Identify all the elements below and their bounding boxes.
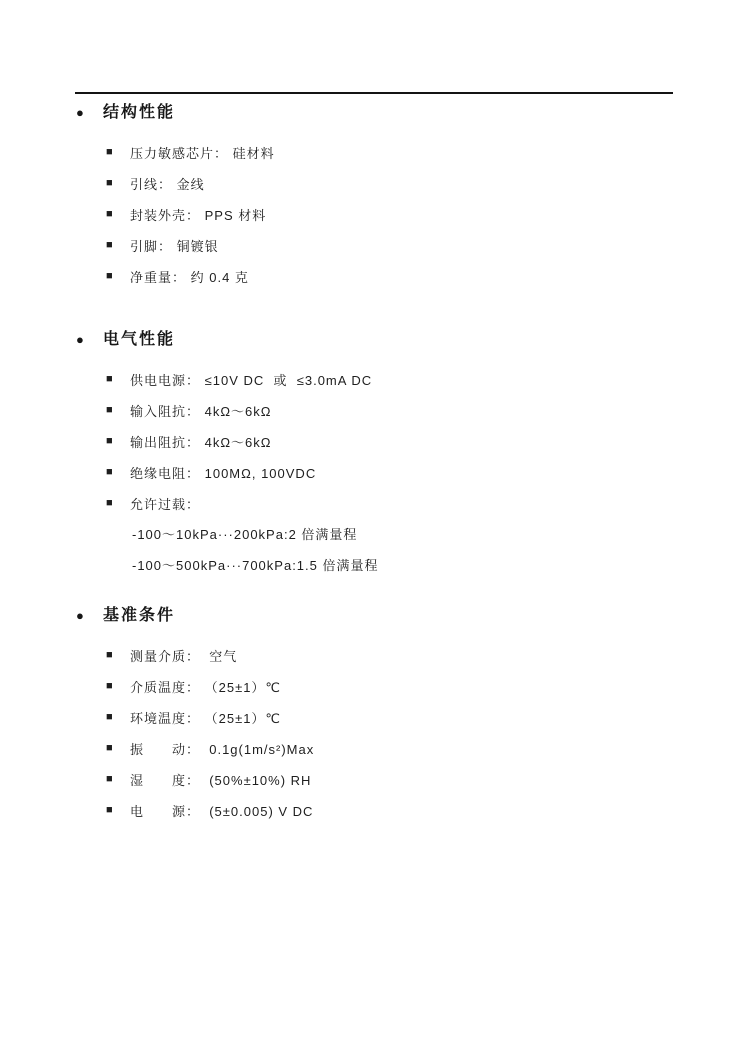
spec-item: ■ 引脚： 铜镀银 bbox=[0, 230, 720, 261]
square-bullet-icon: ■ bbox=[106, 488, 130, 519]
spec-item: ■ 输出阻抗： 4kΩ～6kΩ bbox=[0, 426, 720, 457]
square-bullet-icon: ■ bbox=[106, 640, 130, 671]
spec-item: ■ 供电电源： ≤10V DC 或 ≤3.0mA DC bbox=[0, 364, 720, 395]
spec-item-list: ■ 压力敏感芯片： 硅材料 ■ 引线： 金线 ■ 封装外壳： PPS 材料 ■ … bbox=[0, 137, 720, 292]
spec-item: ■ 电 源： (5±0.005) V DC bbox=[0, 795, 720, 826]
section-heading: ● 电气性能 bbox=[0, 328, 720, 351]
spec-item: ■ 测量介质： 空气 bbox=[0, 640, 720, 671]
overload-spec-line: -100～500kPa···700kPa:1.5 倍满量程 bbox=[0, 550, 720, 581]
overload-spec-line: -100～10kPa···200kPa:2 倍满量程 bbox=[0, 519, 720, 550]
square-bullet-icon: ■ bbox=[106, 733, 130, 764]
spec-item: ■ 绝缘电阻： 100MΩ, 100VDC bbox=[0, 457, 720, 488]
spec-item-text: 电 源： (5±0.005) V DC bbox=[130, 801, 313, 820]
spec-item-text: 引线： 金线 bbox=[130, 174, 205, 193]
spec-item-text: 环境温度： （25±1）℃ bbox=[130, 708, 281, 727]
spec-item-list: ■ 测量介质： 空气 ■ 介质温度： （25±1）℃ ■ 环境温度： （25±1… bbox=[0, 640, 720, 826]
square-bullet-icon: ■ bbox=[106, 671, 130, 702]
square-bullet-icon: ■ bbox=[106, 764, 130, 795]
circle-bullet-icon: ● bbox=[76, 328, 103, 351]
square-bullet-icon: ■ bbox=[106, 230, 130, 261]
section-reference-conditions: ● 基准条件 ■ 测量介质： 空气 ■ 介质温度： （25±1）℃ ■ 环境温度… bbox=[0, 604, 720, 826]
spec-item-text: 输入阻抗： 4kΩ～6kΩ bbox=[130, 401, 272, 420]
spec-item-text: 绝缘电阻： 100MΩ, 100VDC bbox=[130, 463, 316, 482]
square-bullet-icon: ■ bbox=[106, 364, 130, 395]
spec-item-text: 湿 度： (50%±10%) RH bbox=[130, 770, 311, 789]
spec-item: ■ 介质温度： （25±1）℃ bbox=[0, 671, 720, 702]
spec-item-list: ■ 供电电源： ≤10V DC 或 ≤3.0mA DC ■ 输入阻抗： 4kΩ～… bbox=[0, 364, 720, 581]
square-bullet-icon: ■ bbox=[106, 795, 130, 826]
spec-item-text: 允许过载： bbox=[130, 494, 200, 513]
square-bullet-icon: ■ bbox=[106, 168, 130, 199]
square-bullet-icon: ■ bbox=[106, 702, 130, 733]
spec-item-text: 介质温度： （25±1）℃ bbox=[130, 677, 281, 696]
section-heading: ● 基准条件 bbox=[0, 604, 720, 627]
spec-item-text: 供电电源： ≤10V DC 或 ≤3.0mA DC bbox=[130, 370, 372, 389]
spec-item-text: 引脚： 铜镀银 bbox=[130, 236, 219, 255]
spec-item-text: 压力敏感芯片： 硅材料 bbox=[130, 143, 275, 162]
spec-item: ■ 湿 度： (50%±10%) RH bbox=[0, 764, 720, 795]
square-bullet-icon: ■ bbox=[106, 457, 130, 488]
spec-item: ■ 输入阻抗： 4kΩ～6kΩ bbox=[0, 395, 720, 426]
square-bullet-icon: ■ bbox=[106, 261, 130, 292]
section-heading: ● 结构性能 bbox=[0, 101, 720, 124]
square-bullet-icon: ■ bbox=[106, 426, 130, 457]
spec-item-text: 净重量： 约 0.4 克 bbox=[130, 267, 249, 286]
spec-item: ■ 环境温度： （25±1）℃ bbox=[0, 702, 720, 733]
spec-item: ■ 压力敏感芯片： 硅材料 bbox=[0, 137, 720, 168]
datasheet-page: ● 结构性能 ■ 压力敏感芯片： 硅材料 ■ 引线： 金线 ■ 封装外壳： PP… bbox=[0, 0, 750, 1061]
spec-item-text: 封装外壳： PPS 材料 bbox=[130, 205, 266, 224]
section-title: 结构性能 bbox=[103, 101, 175, 124]
spec-item-text: 振 动： 0.1g(1m/s²)Max bbox=[130, 739, 314, 758]
spec-item-text: 测量介质： 空气 bbox=[130, 646, 237, 665]
section-electrical-performance: ● 电气性能 ■ 供电电源： ≤10V DC 或 ≤3.0mA DC ■ 输入阻… bbox=[0, 328, 720, 581]
spec-item: ■ 振 动： 0.1g(1m/s²)Max bbox=[0, 733, 720, 764]
spec-item: ■ 封装外壳： PPS 材料 bbox=[0, 199, 720, 230]
spec-item: ■ 允许过载： bbox=[0, 488, 720, 519]
spec-item: ■ 净重量： 约 0.4 克 bbox=[0, 261, 720, 292]
square-bullet-icon: ■ bbox=[106, 137, 130, 168]
spec-item-text: 输出阻抗： 4kΩ～6kΩ bbox=[130, 432, 272, 451]
square-bullet-icon: ■ bbox=[106, 395, 130, 426]
square-bullet-icon: ■ bbox=[106, 199, 130, 230]
section-structural-performance: ● 结构性能 ■ 压力敏感芯片： 硅材料 ■ 引线： 金线 ■ 封装外壳： PP… bbox=[0, 101, 720, 292]
circle-bullet-icon: ● bbox=[76, 101, 103, 124]
section-title: 电气性能 bbox=[103, 328, 175, 351]
section-title: 基准条件 bbox=[103, 604, 175, 627]
spec-item: ■ 引线： 金线 bbox=[0, 168, 720, 199]
top-horizontal-rule bbox=[75, 92, 673, 94]
circle-bullet-icon: ● bbox=[76, 604, 103, 627]
